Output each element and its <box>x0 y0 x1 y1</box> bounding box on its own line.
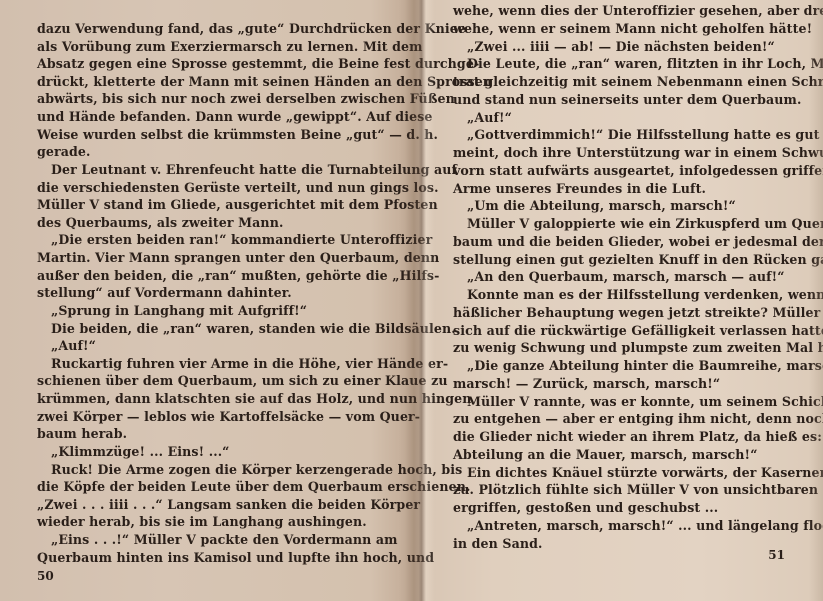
page-number: 51 <box>768 548 785 562</box>
book-spread: dazu Verwendung fand, das „gute“ Durchdr… <box>0 0 823 601</box>
text-line: in den Sand. <box>453 533 789 555</box>
right-page: wehe, wenn dies der Unteroffizier gesehe… <box>453 0 789 601</box>
page-number: 50 <box>37 569 54 583</box>
text-line: Querbaum hinten ins Kamisol und lupfte i… <box>37 547 378 569</box>
page-edge-shadow <box>809 0 823 601</box>
book-spine-gutter <box>405 0 435 601</box>
left-page: dazu Verwendung fand, das „gute“ Durchdr… <box>37 0 378 601</box>
